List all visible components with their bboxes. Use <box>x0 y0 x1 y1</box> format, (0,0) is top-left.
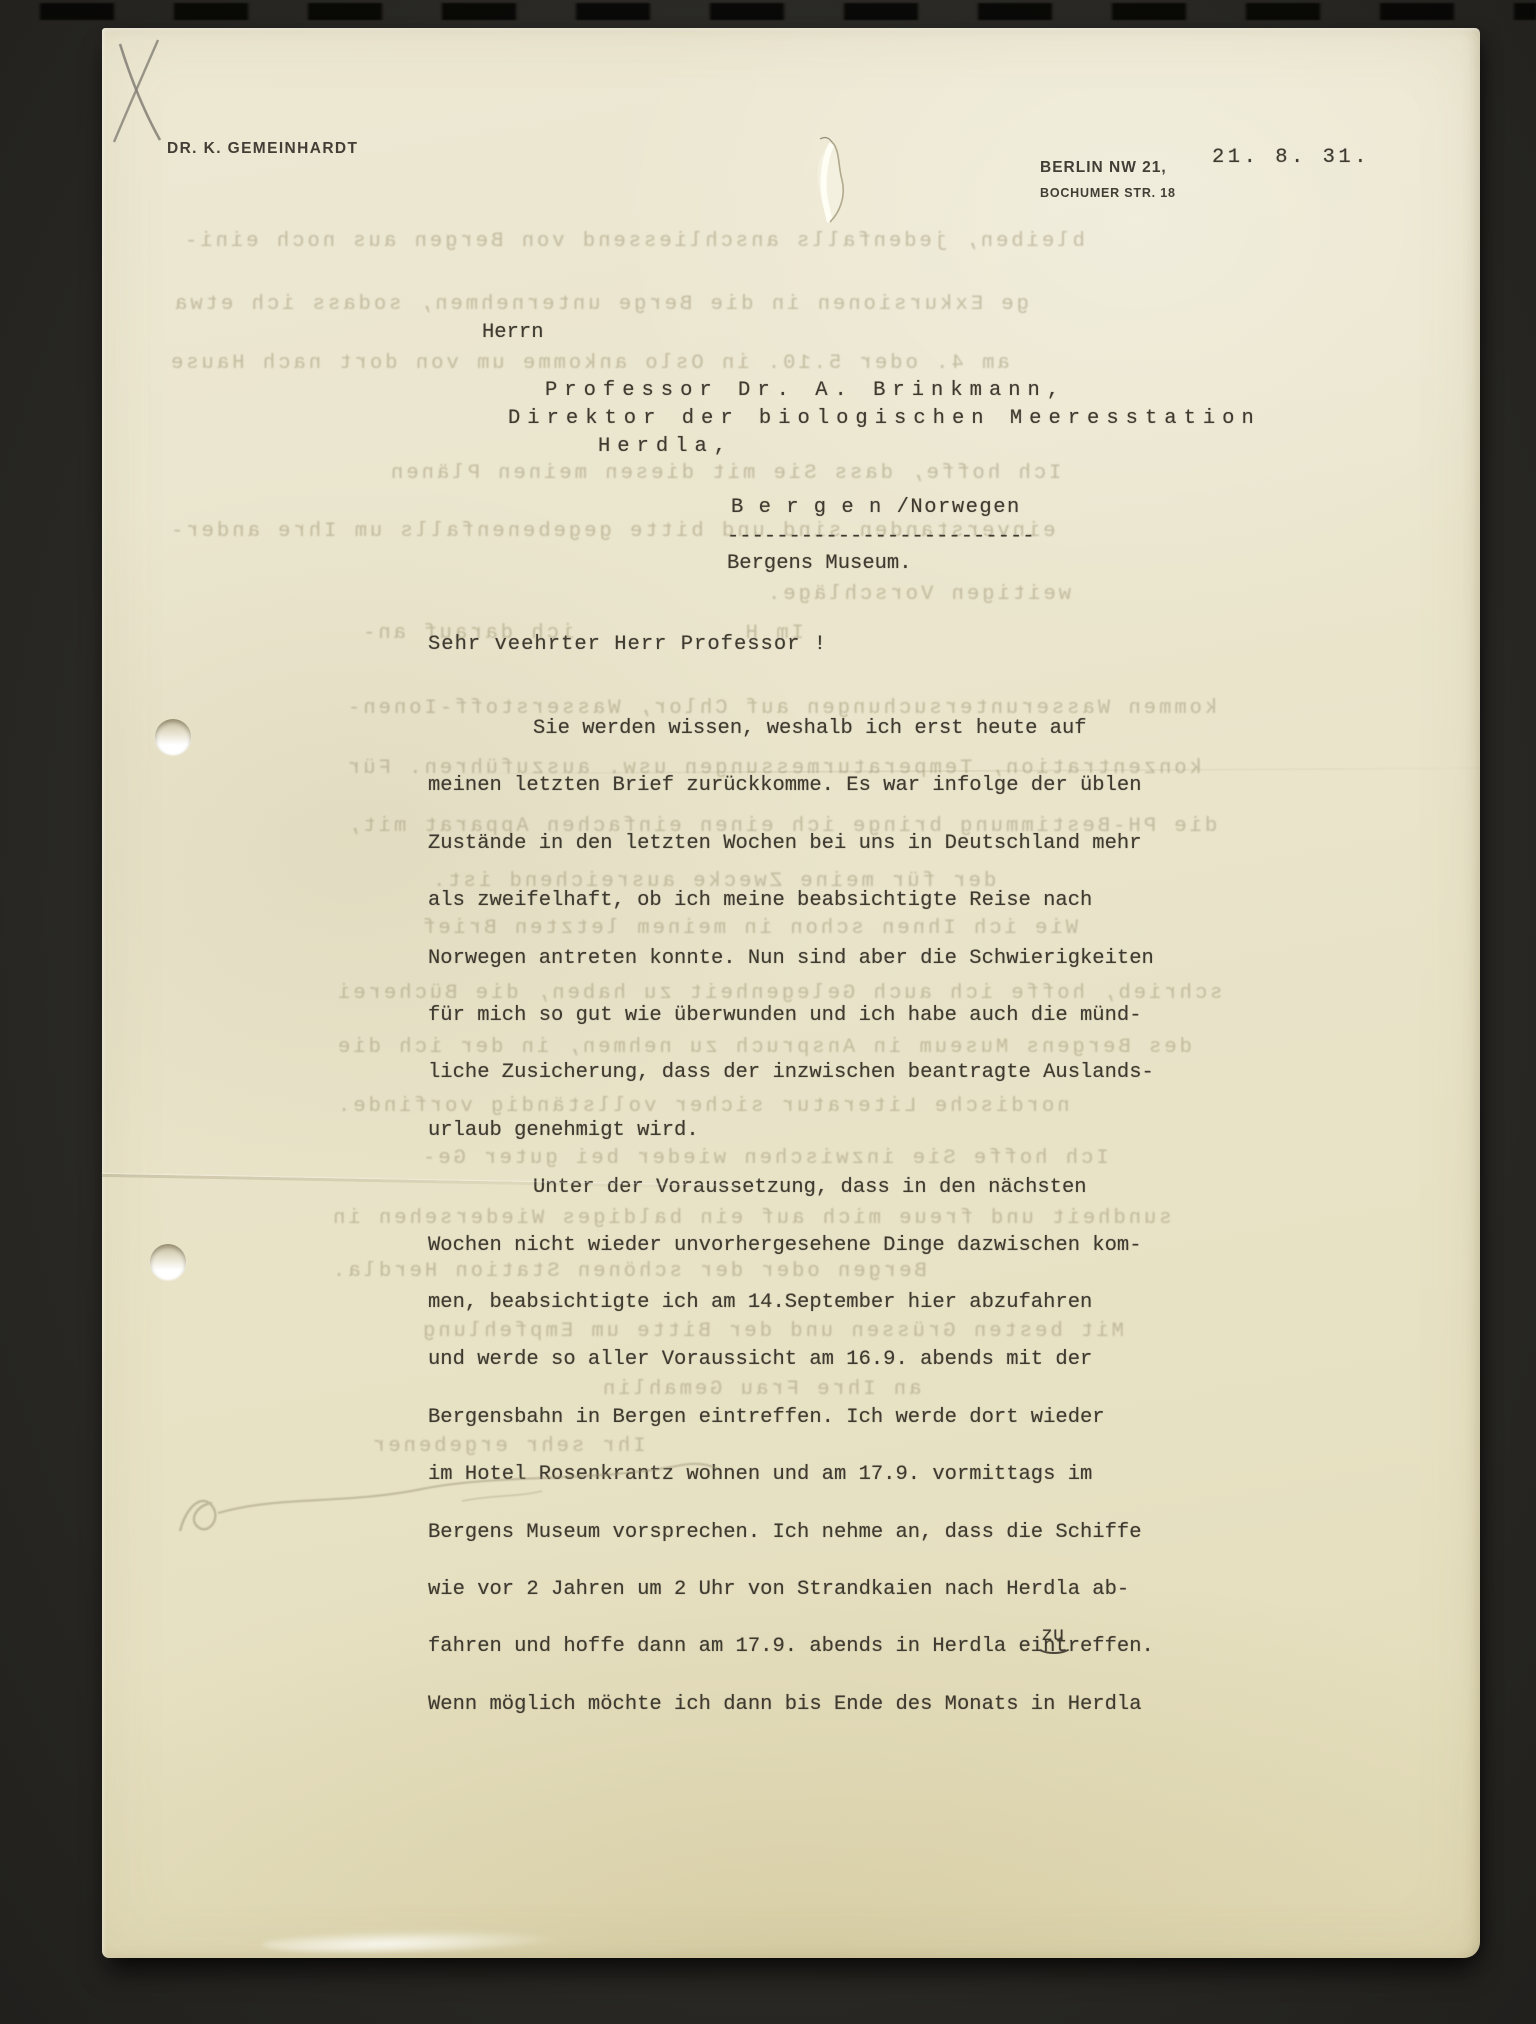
bleedthrough-line: schrieb, hoffe ich auch Gelegenheit zu h… <box>335 982 1223 1005</box>
bleedthrough-line: Ich hoffe, dass Sie mit diesen meinen Pl… <box>388 462 1061 485</box>
body-line: wie vor 2 Jahren um 2 Uhr von Strandkaie… <box>428 1577 1129 1603</box>
bleedthrough-line: des Bergens Museum in Anspruch zu nehmen… <box>335 1036 1192 1059</box>
recipient-herrn: Herrn <box>482 320 544 346</box>
body-line: urlaub genehmigt wird. <box>428 1118 699 1144</box>
recipient-underline: ------------------------- <box>727 524 1035 550</box>
scanned-letter-page: { "scan": { "background_color": "#2b2a26… <box>0 0 1536 2024</box>
body-line: fahren und hoffe dann am 17.9. abends in… <box>428 1634 1154 1660</box>
recipient-name: Professor Dr. A. Brinkmann, <box>545 378 1066 404</box>
bleedthrough-line: Mit besten Grüssen und der Bitte um Empf… <box>420 1320 1124 1343</box>
paper-tear <box>802 136 856 231</box>
body-line: Zustände in den letzten Wochen bei uns i… <box>428 831 1142 857</box>
recipient-institution: Bergens Museum. <box>727 551 912 577</box>
body-line: liche Zusicherung, dass der inzwischen b… <box>428 1060 1154 1086</box>
body-line: Wenn möglich möchte ich dann bis Ende de… <box>428 1692 1142 1718</box>
body-line-segment: fahren und hoffe dann am 17.9. abends in… <box>428 1635 1055 1658</box>
body-line: men, beabsichtigte ich am 14.September h… <box>428 1290 1092 1316</box>
letter-date: 21. 8. 31. <box>1212 145 1370 171</box>
recipient-place: Herdla, <box>598 434 733 460</box>
bleedthrough-line: weitigen Vorschläge. <box>765 583 1071 606</box>
letter-page: bleiben, jedenfalls anschliessend von Be… <box>102 28 1480 1958</box>
signature-bleedthrough <box>162 1443 742 1558</box>
punch-hole-top <box>155 719 191 755</box>
body-line: Wochen nicht wieder unvorhergesehene Din… <box>428 1233 1142 1259</box>
recipient-title: Direktor der biologischen Meeresstation <box>508 406 1261 432</box>
body-line: als zweifelhaft, ob ich meine beabsichti… <box>428 888 1092 914</box>
body-line: Norwegen antreten konnte. Nun sind aber … <box>428 946 1154 972</box>
recipient-city: B e r g e n /Norwegen <box>731 495 1021 521</box>
body-line: meinen letzten Brief zurückkomme. Es war… <box>428 773 1142 799</box>
bleedthrough-line: nordische Literatur sicher vollständig v… <box>335 1095 1070 1118</box>
bleedthrough-line: Ich hoffe Sie inzwischen wieder bei gute… <box>420 1147 1109 1170</box>
bleedthrough-line: Wie ich Ihnen schon in meinem letzten Br… <box>420 917 1078 940</box>
bleedthrough-line: an Ihre Frau Gemahlin <box>600 1378 921 1401</box>
bleedthrough-line: am 4. oder 5.10. in Oslo ankomme um von … <box>168 352 1010 375</box>
pencil-x-mark <box>108 38 174 148</box>
album-binding-marks <box>0 3 1536 20</box>
letterhead-city: BERLIN NW 21, <box>1040 159 1167 177</box>
bleedthrough-line: ge Exkursionen in die Berge unternehmen,… <box>172 293 1029 316</box>
bleedthrough-line: Bergen oder der schönen Station Herdla. <box>330 1260 927 1283</box>
body-line: für mich so gut wie überwunden und ich h… <box>428 1003 1142 1029</box>
bleedthrough-line: sundheit und freue mich auf ein baldiges… <box>330 1207 1172 1230</box>
punch-hole-bottom <box>150 1244 186 1280</box>
body-line: und werde so aller Voraussicht am 16.9. … <box>428 1347 1092 1373</box>
letterhead-street: BOCHUMER STR. 18 <box>1040 186 1176 200</box>
letterhead-sender: DR. K. GEMEINHARDT <box>167 140 358 158</box>
body-line: Sie werden wissen, weshalb ich erst heut… <box>533 716 1087 742</box>
body-line: Bergensbahn in Bergen eintreffen. Ich we… <box>428 1405 1105 1431</box>
curled-edge-highlight <box>262 1926 562 1956</box>
salutation: Sehr veehrter Herr Professor ! <box>428 632 827 658</box>
typed-insertion-zu: zu <box>1041 1622 1064 1648</box>
bleedthrough-line: bleiben, jedenfalls anschliessend von Be… <box>182 230 1085 253</box>
body-line: Unter der Voraussetzung, dass in den näc… <box>533 1175 1087 1201</box>
